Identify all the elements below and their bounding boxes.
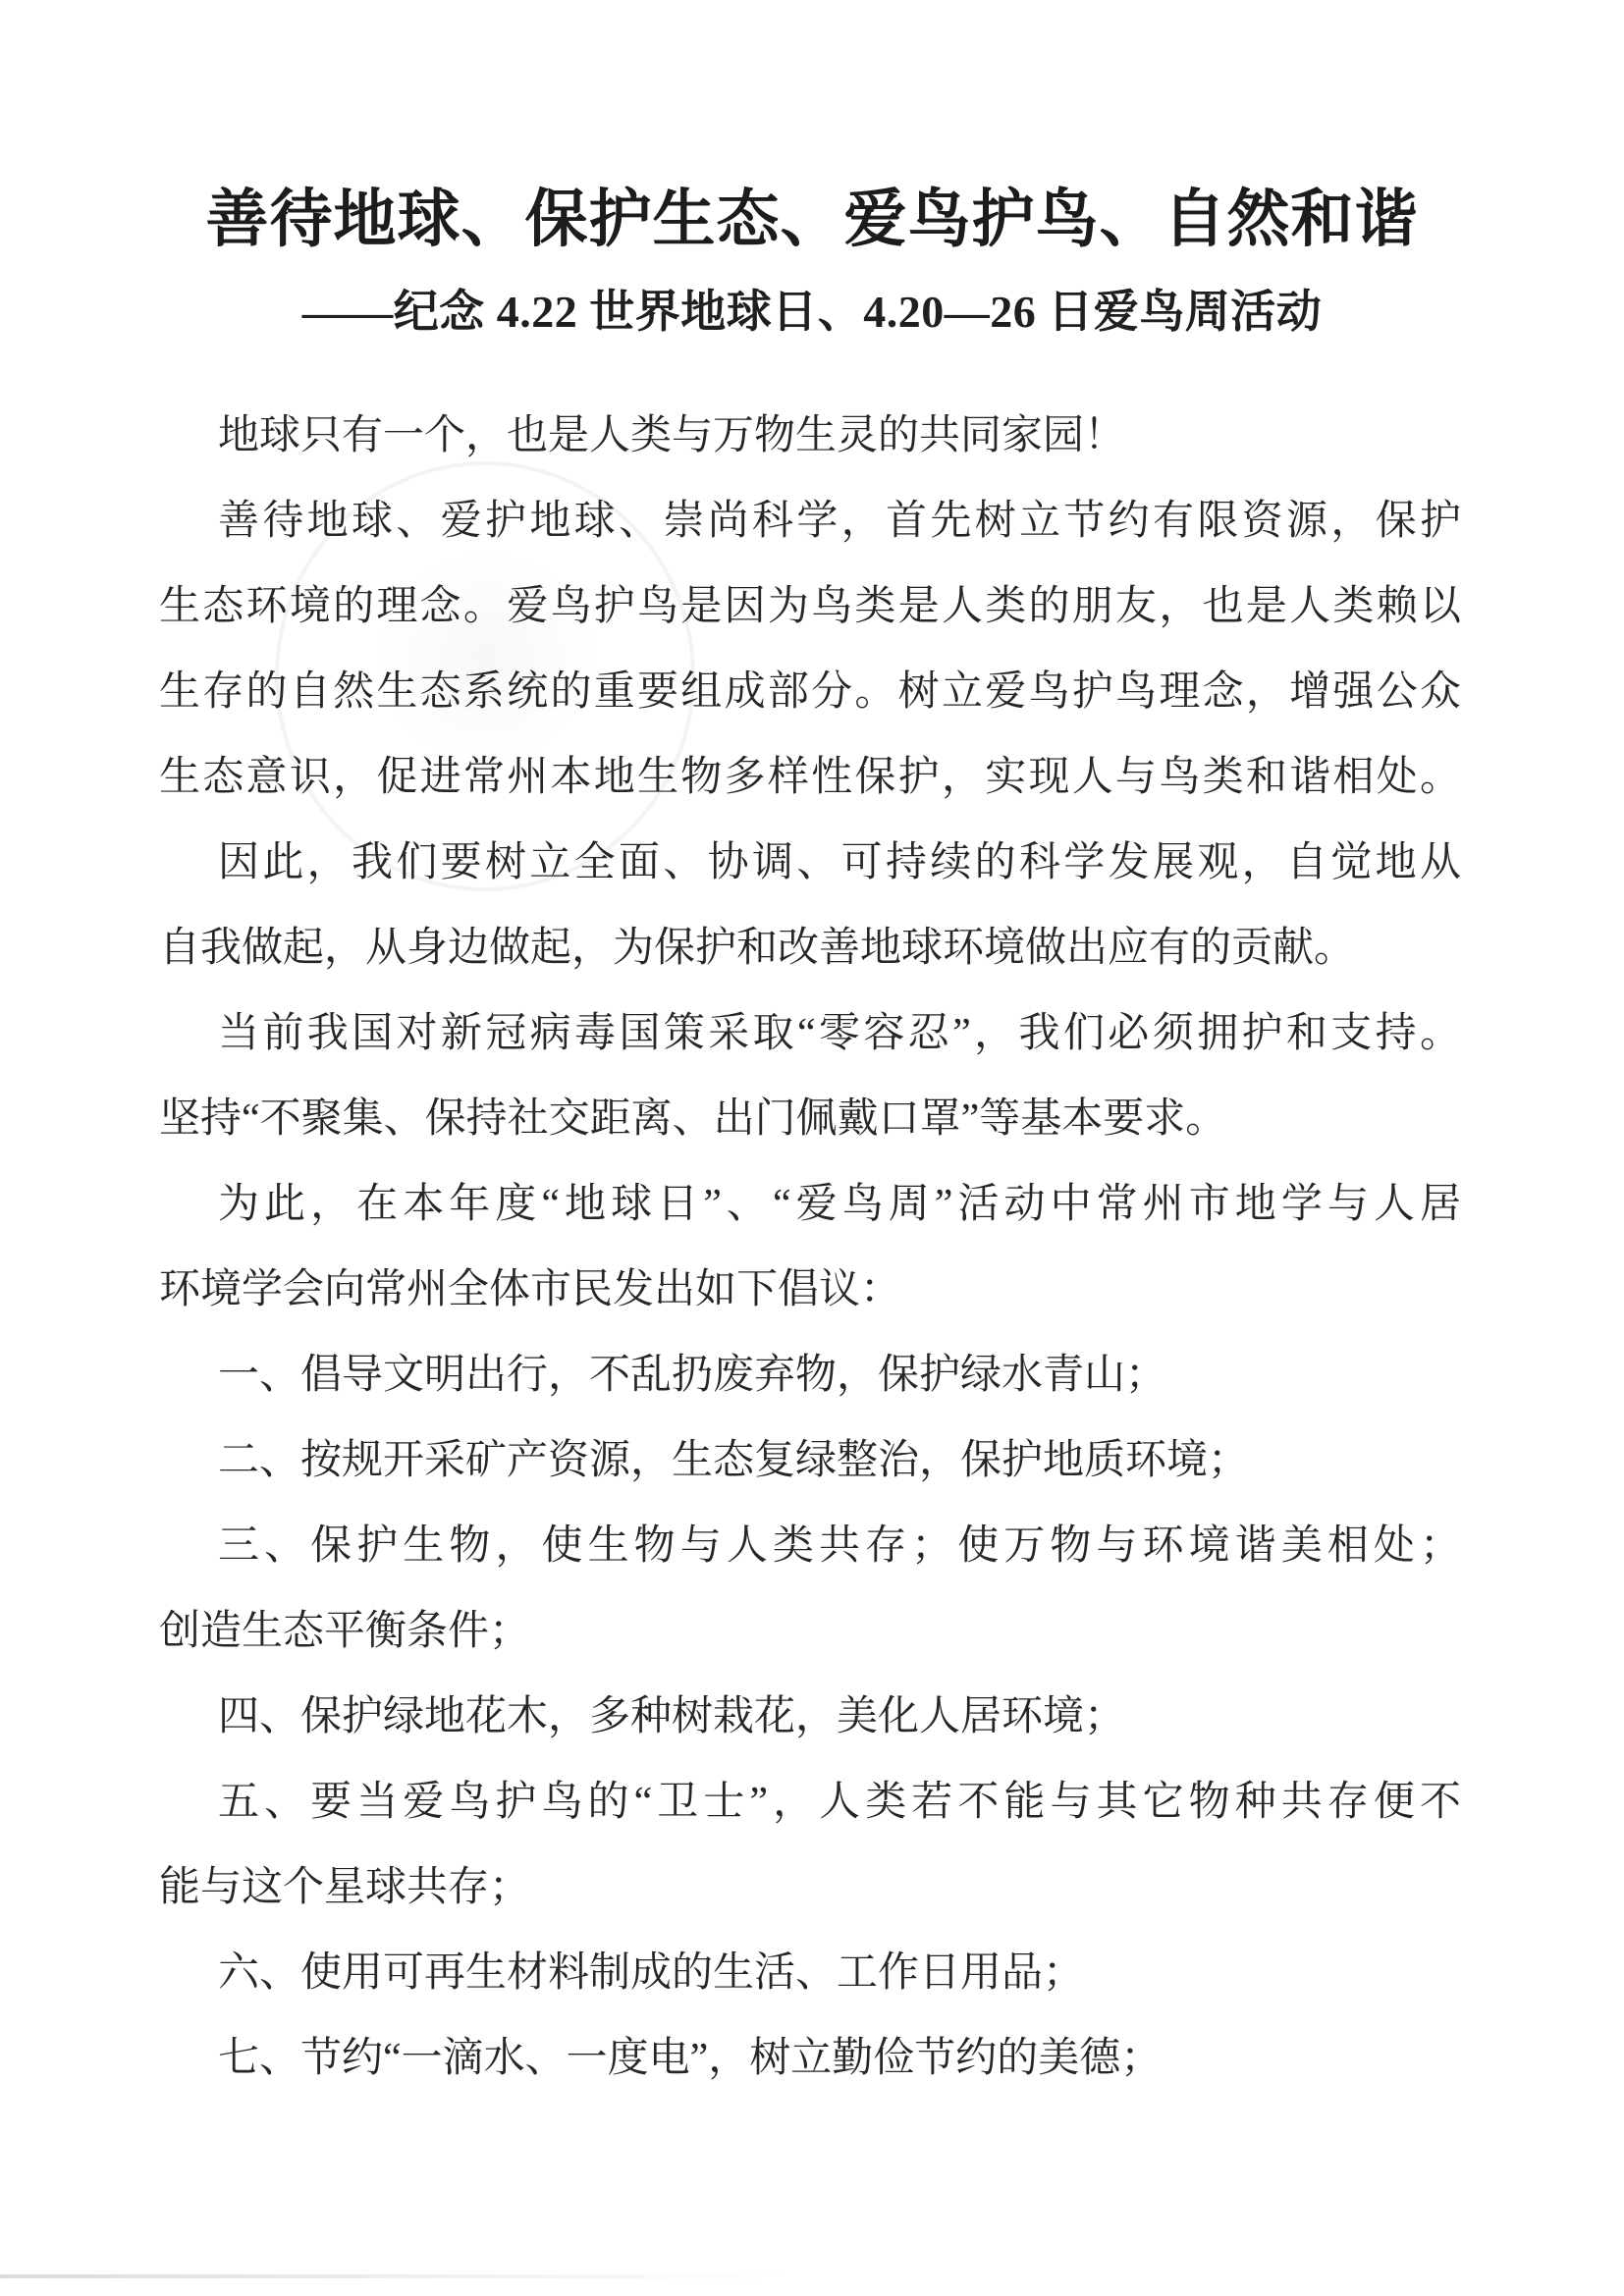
text-line: 环境学会向常州全体市民发出如下倡议： bbox=[159, 1248, 1461, 1333]
text-line: 生态环境的理念。爱鸟护鸟是因为鸟类是人类的朋友，也是人类赖以 bbox=[159, 564, 1461, 650]
text-line: 地球只有一个，也是人类与万物生灵的共同家园！ bbox=[159, 394, 1461, 479]
scan-artifact-line bbox=[0, 2274, 795, 2278]
document-page: 善待地球、保护生态、爱鸟护鸟、自然和谐 ——纪念 4.22 世界地球日、4.20… bbox=[0, 0, 1624, 2296]
text-line: 生态意识，促进常州本地生物多样性保护，实现人与鸟类和谐相处。 bbox=[159, 735, 1461, 821]
document-body: 地球只有一个，也是人类与万物生灵的共同家园！善待地球、爱护地球、崇尚科学，首先树… bbox=[159, 394, 1461, 2102]
text-line: 五、要当爱鸟护鸟的“卫士”，人类若不能与其它物种共存便不 bbox=[159, 1760, 1461, 1845]
text-line: 自我做起，从身边做起，为保护和改善地球环境做出应有的贡献。 bbox=[159, 906, 1461, 991]
text-line: 三、保护生物，使生物与人类共存；使万物与环境谐美相处； bbox=[159, 1504, 1461, 1589]
text-line: 一、倡导文明出行，不乱扔废弃物，保护绿水青山； bbox=[159, 1333, 1461, 1418]
text-line: 能与这个星球共存； bbox=[159, 1845, 1461, 1931]
text-line: 创造生态平衡条件； bbox=[159, 1589, 1461, 1675]
text-line: 为此，在本年度“地球日”、“爱鸟周”活动中常州市地学与人居 bbox=[159, 1162, 1461, 1248]
text-line: 生存的自然生态系统的重要组成部分。树立爱鸟护鸟理念，增强公众 bbox=[159, 650, 1461, 735]
document-subtitle: ——纪念 4.22 世界地球日、4.20—26 日爱鸟周活动 bbox=[0, 276, 1624, 341]
text-line: 当前我国对新冠病毒国策采取“零容忍”，我们必须拥护和支持。 bbox=[159, 991, 1461, 1077]
text-line: 坚持“不聚集、保持社交距离、出门佩戴口罩”等基本要求。 bbox=[159, 1077, 1461, 1162]
text-line: 六、使用可再生材料制成的生活、工作日用品； bbox=[159, 1931, 1461, 2016]
text-line: 二、按规开采矿产资源，生态复绿整治，保护地质环境； bbox=[159, 1418, 1461, 1504]
document-title: 善待地球、保护生态、爱鸟护鸟、自然和谐 bbox=[0, 169, 1624, 259]
text-line: 善待地球、爱护地球、崇尚科学，首先树立节约有限资源，保护 bbox=[159, 479, 1461, 564]
text-line: 因此，我们要树立全面、协调、可持续的科学发展观，自觉地从 bbox=[159, 821, 1461, 906]
text-line: 七、节约“一滴水、一度电”，树立勤俭节约的美德； bbox=[159, 2016, 1461, 2102]
text-line: 四、保护绿地花木，多种树栽花，美化人居环境； bbox=[159, 1675, 1461, 1760]
